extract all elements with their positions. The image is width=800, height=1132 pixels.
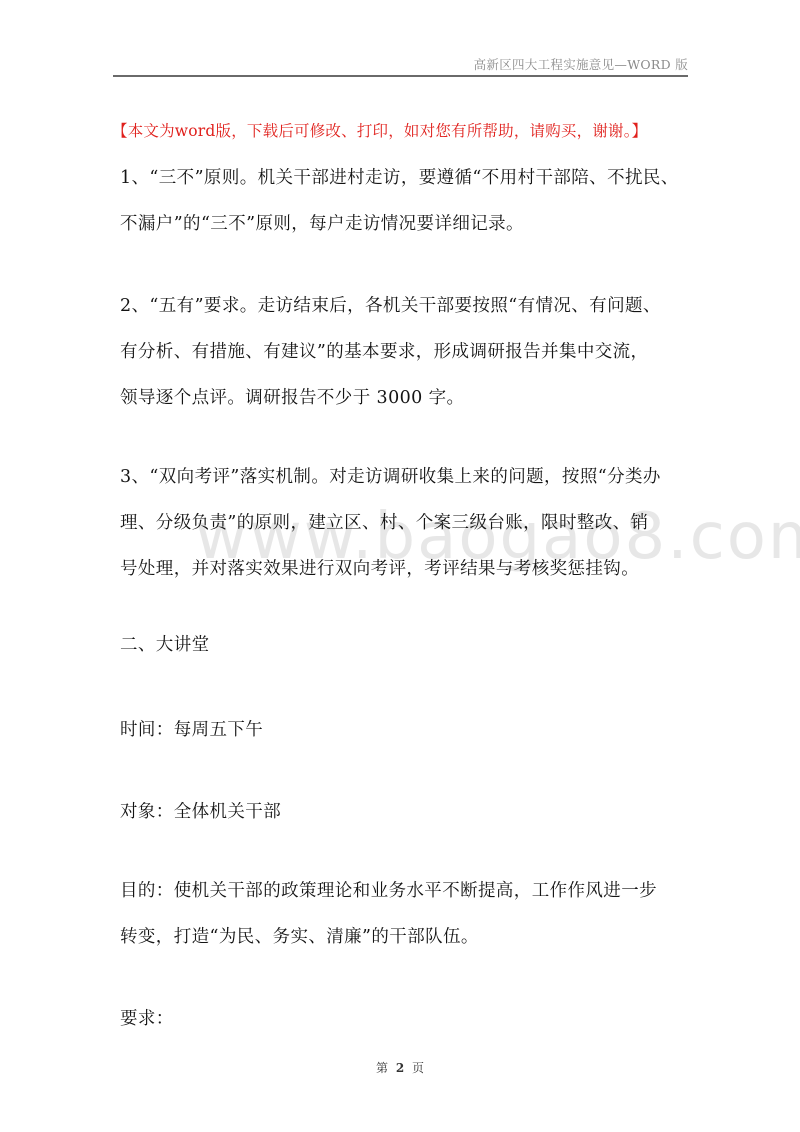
paragraph-time: 时间：每周五下午	[120, 707, 690, 753]
page-number: 2	[396, 1061, 404, 1075]
paragraph-requirements: 要求：	[120, 996, 690, 1042]
text-line: 二、大讲堂	[120, 622, 690, 668]
footer-prefix: 第	[376, 1061, 388, 1075]
document-page: 高新区四大工程实施意见—WORD 版 【本文为word版，下载后可修改、打印，如…	[0, 0, 800, 1132]
header-title: 高新区四大工程实施意见—WORD 版	[474, 55, 688, 73]
text-line: 转变，打造“为民、务实、清廉”的干部队伍。	[120, 914, 690, 960]
text-line: 时间：每周五下午	[120, 707, 690, 753]
text-line: 2、“五有”要求。走访结束后，各机关干部要按照“有情况、有问题、	[120, 283, 690, 329]
text-line: 理、分级负责”的原则，建立区、村、个案三级台账，限时整改、销	[120, 500, 690, 546]
paragraph-audience: 对象：全体机关干部	[120, 789, 690, 835]
footer-suffix: 页	[412, 1061, 424, 1075]
text-line: 号处理，并对落实效果进行双向考评，考评结果与考核奖惩挂钩。	[120, 546, 690, 592]
paragraph-purpose: 目的：使机关干部的政策理论和业务水平不断提高，工作作风进一步 转变，打造“为民、…	[120, 868, 690, 960]
page-footer: 第 2 页	[0, 1059, 800, 1076]
text-line: 领导逐个点评。调研报告不少于 3000 字。	[120, 375, 690, 421]
section-heading: 二、大讲堂	[120, 622, 690, 668]
text-line: 要求：	[120, 996, 690, 1042]
text-line: 对象：全体机关干部	[120, 789, 690, 835]
header-divider	[113, 75, 688, 77]
paragraph-item-2: 2、“五有”要求。走访结束后，各机关干部要按照“有情况、有问题、 有分析、有措施…	[120, 283, 690, 421]
text-line: 有分析、有措施、有建议”的基本要求，形成调研报告并集中交流，	[120, 329, 690, 375]
text-line: 1、“三不”原则。机关干部进村走访，要遵循“不用村干部陪、不扰民、	[120, 155, 690, 201]
text-line: 目的：使机关干部的政策理论和业务水平不断提高，工作作风进一步	[120, 868, 690, 914]
text-line: 3、“双向考评”落实机制。对走访调研收集上来的问题，按照“分类办	[120, 454, 690, 500]
purchase-notice: 【本文为word版，下载后可修改、打印，如对您有所帮助，请购买，谢谢。】	[112, 119, 702, 141]
paragraph-item-1: 1、“三不”原则。机关干部进村走访，要遵循“不用村干部陪、不扰民、 不漏户”的“…	[120, 155, 690, 247]
paragraph-item-3: 3、“双向考评”落实机制。对走访调研收集上来的问题，按照“分类办 理、分级负责”…	[120, 454, 690, 592]
text-line: 不漏户”的“三不”原则，每户走访情况要详细记录。	[120, 201, 690, 247]
